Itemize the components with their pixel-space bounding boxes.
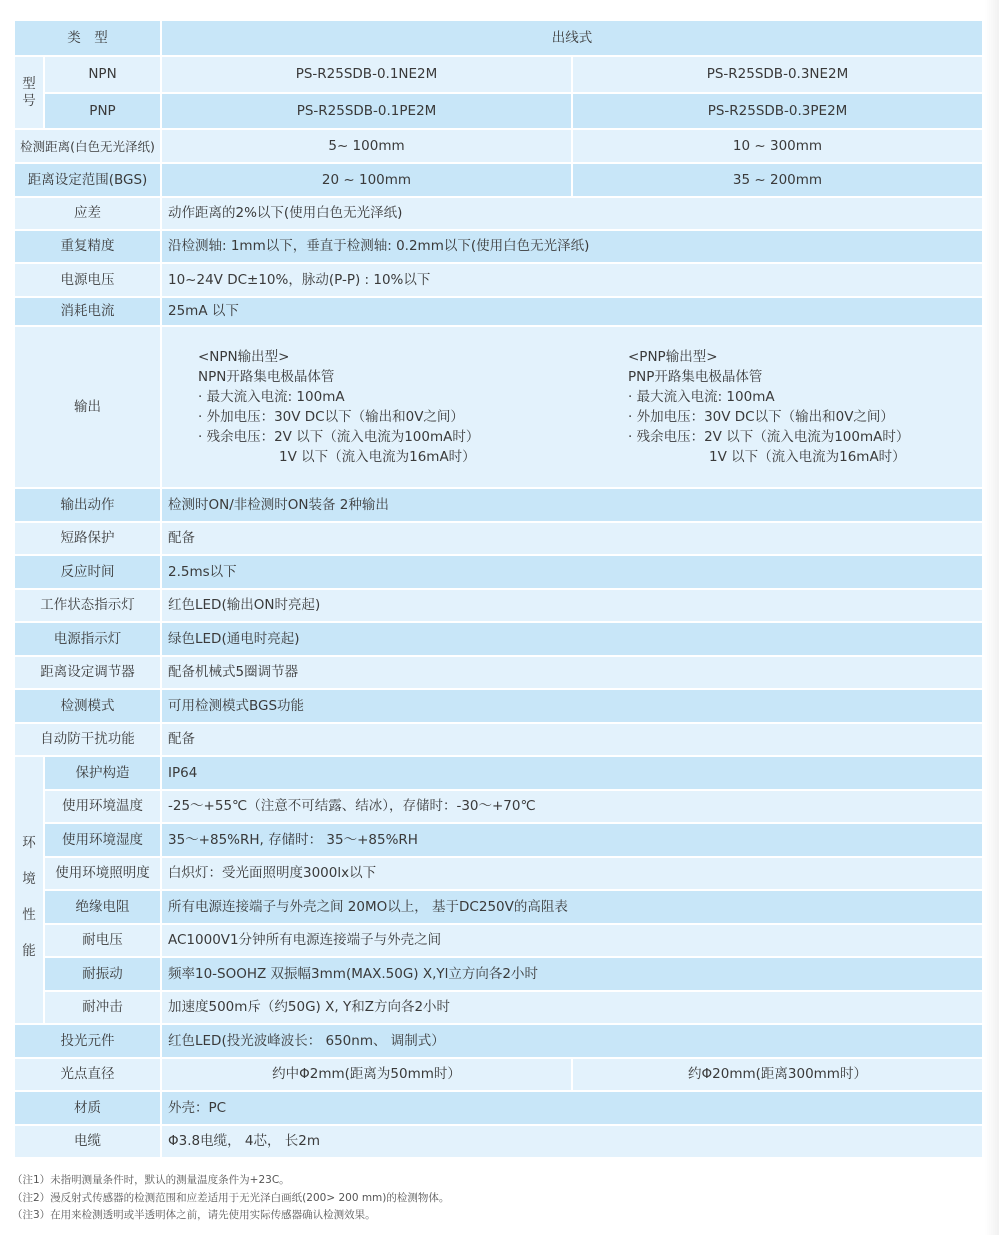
output-label: 输出 — [14, 326, 161, 488]
env-label: 耐电压 — [44, 924, 161, 957]
npn-model-2: PS-R25SDB-0.3NE2M — [572, 56, 983, 93]
env-label: 耐冲击 — [44, 991, 161, 1024]
table-row: 检测距离(白色无光泽纸) 5~ 100mm 10 ~ 300mm — [14, 129, 983, 163]
row-value: 25mA 以下 — [161, 297, 983, 326]
env-label: 使用环境湿度 — [44, 823, 161, 857]
env-row: 使用环境照明度 白炽灯：受光面照明度3000lx以下 — [14, 857, 983, 890]
table-row: 投光元件 红色LED(投光波峰波长： 650nm、 调制式） — [14, 1024, 983, 1058]
table-row: 电源电压 10~24V DC±10%，脉动(P-P) : 10%以下 — [14, 263, 983, 297]
row-label: 电缆 — [14, 1125, 161, 1158]
row-value: 沿检测轴: 1mm以下，垂直于检测轴: 0.2mm以下(使用白色无光泽纸) — [161, 230, 983, 263]
row-value: 红色LED(投光波峰波长： 650nm、 调制式） — [161, 1024, 983, 1058]
spot-row: 光点直径 约中Φ2mm(距离为50mm时） 约Φ20mm(距离300mm时） — [14, 1058, 983, 1091]
pnp-output-spec: <PNP输出型> PNP开路集电极晶体管 · 最大流入电流: 100mA · 外… — [618, 333, 909, 481]
style-label: 出线式 — [161, 20, 983, 56]
row-value-2: 35 ~ 200mm — [572, 163, 983, 197]
env-label: 绝缘电阻 — [44, 890, 161, 924]
row-value: 配备 — [161, 723, 983, 756]
env-value: -25～+55℃（注意不可结露、结冰），存储时：-30～+70℃ — [161, 790, 983, 823]
row-label: 消耗电流 — [14, 297, 161, 326]
table-row: 检测模式 可用检测模式BGS功能 — [14, 689, 983, 723]
row-value: 可用检测模式BGS功能 — [161, 689, 983, 723]
row-value: 外壳：PC — [161, 1091, 983, 1125]
table-row: 距离设定范围(BGS) 20 ~ 100mm 35 ~ 200mm — [14, 163, 983, 197]
table-row: 材质 外壳：PC — [14, 1091, 983, 1125]
row-value-1: 5~ 100mm — [161, 129, 572, 163]
env-row: 使用环境湿度 35～+85%RH, 存储时： 35～+85%RH — [14, 823, 983, 857]
row-value-2: 10 ~ 300mm — [572, 129, 983, 163]
row-label: 重复精度 — [14, 230, 161, 263]
row-value: 2.5ms以下 — [161, 555, 983, 589]
row-label: 投光元件 — [14, 1024, 161, 1058]
row-label: 应差 — [14, 197, 161, 230]
model-pnp-row: PNP PS-R25SDB-0.1PE2M PS-R25SDB-0.3PE2M — [14, 93, 983, 129]
row-label: 自动防干扰功能 — [14, 723, 161, 756]
row-value: Φ3.8电缆， 4芯， 长2m — [161, 1125, 983, 1158]
row-value: 配备机械式5圈调节器 — [161, 656, 983, 689]
row-label: 短路保护 — [14, 522, 161, 555]
model-npn-row: 型 号 NPN PS-R25SDB-0.1NE2M PS-R25SDB-0.3N… — [14, 56, 983, 93]
row-label: 距离设定调节器 — [14, 656, 161, 689]
table-row: 自动防干扰功能 配备 — [14, 723, 983, 756]
env-value: AC1000V1分钟所有电源连接端子与外壳之间 — [161, 924, 983, 957]
row-label: 检测模式 — [14, 689, 161, 723]
env-row: 耐电压 AC1000V1分钟所有电源连接端子与外壳之间 — [14, 924, 983, 957]
footnote: （注1）未指明测量条件时，默认的测量温度条件为+23C。 — [12, 1172, 449, 1190]
table-row: 电缆 Φ3.8电缆， 4芯， 长2m — [14, 1125, 983, 1158]
table-row: 短路保护 配备 — [14, 522, 983, 555]
row-value: 动作距离的2%以下(使用白色无光泽纸) — [161, 197, 983, 230]
header-row: 类 型 出线式 — [14, 20, 983, 56]
env-value: 频率10-SOOHZ 双振幅3mm(MAX.50G) X,Yl立方向各2小时 — [161, 957, 983, 991]
env-row: 耐振动 频率10-SOOHZ 双振幅3mm(MAX.50G) X,Yl立方向各2… — [14, 957, 983, 991]
footnote: （注2）漫反射式传感器的检测范围和应差适用于无光泽白画纸(200> 200 mm… — [12, 1190, 449, 1208]
row-label: 检测距离(白色无光泽纸) — [14, 129, 161, 163]
output-row: 输出 <NPN输出型> NPN开路集电极晶体管 · 最大流入电流: 100mA … — [14, 326, 983, 488]
type-label: 类 型 — [14, 20, 161, 56]
env-label: 保护构造 — [44, 756, 161, 790]
table-row: 工作状态指示灯 红色LED(输出ON时亮起) — [14, 589, 983, 622]
env-value: 所有电源连接端子与外壳之间 20MO以上， 基于DC250V的高阻表 — [161, 890, 983, 924]
env-label: 耐振动 — [44, 957, 161, 991]
footnotes: （注1）未指明测量条件时，默认的测量温度条件为+23C。 （注2）漫反射式传感器… — [12, 1172, 449, 1225]
model-group-label: 型 号 — [14, 56, 44, 129]
environment-group-label: 环 境 性 能 — [14, 756, 44, 1024]
row-value: 配备 — [161, 522, 983, 555]
table-row: 重复精度 沿检测轴: 1mm以下，垂直于检测轴: 0.2mm以下(使用白色无光泽… — [14, 230, 983, 263]
row-value-1: 20 ~ 100mm — [161, 163, 572, 197]
env-value: IP64 — [161, 756, 983, 790]
npn-output-spec: <NPN输出型> NPN开路集电极晶体管 · 最大流入电流: 100mA · 外… — [162, 333, 618, 481]
row-label: 电源指示灯 — [14, 622, 161, 656]
table-row: 距离设定调节器 配备机械式5圈调节器 — [14, 656, 983, 689]
row-label: 工作状态指示灯 — [14, 589, 161, 622]
table-row: 消耗电流 25mA 以下 — [14, 297, 983, 326]
pnp-label: PNP — [44, 93, 161, 129]
env-value: 35～+85%RH, 存储时： 35～+85%RH — [161, 823, 983, 857]
env-label: 使用环境照明度 — [44, 857, 161, 890]
row-label: 输出动作 — [14, 488, 161, 522]
page-edge-shadow — [985, 0, 999, 1235]
env-row: 绝缘电阻 所有电源连接端子与外壳之间 20MO以上， 基于DC250V的高阻表 — [14, 890, 983, 924]
table-row: 电源指示灯 绿色LED(通电时亮起) — [14, 622, 983, 656]
npn-model-1: PS-R25SDB-0.1NE2M — [161, 56, 572, 93]
env-row: 环 境 性 能 保护构造 IP64 — [14, 756, 983, 790]
env-row: 使用环境温度 -25～+55℃（注意不可结露、结冰），存储时：-30～+70℃ — [14, 790, 983, 823]
table-row: 输出动作 检测时ON/非检测时ON装备 2种输出 — [14, 488, 983, 522]
row-value: 绿色LED(通电时亮起) — [161, 622, 983, 656]
row-value-1: 约中Φ2mm(距离为50mm时） — [161, 1058, 572, 1091]
env-value: 加速度500m斥（约50G) X, Y和Z方向各2小时 — [161, 991, 983, 1024]
row-label: 材质 — [14, 1091, 161, 1125]
spec-table: 类 型 出线式 型 号 NPN PS-R25SDB-0.1NE2M PS-R25… — [13, 19, 984, 1159]
env-value: 白炽灯：受光面照明度3000lx以下 — [161, 857, 983, 890]
row-value: 10~24V DC±10%，脉动(P-P) : 10%以下 — [161, 263, 983, 297]
npn-label: NPN — [44, 56, 161, 93]
pnp-model-2: PS-R25SDB-0.3PE2M — [572, 93, 983, 129]
env-label: 使用环境温度 — [44, 790, 161, 823]
row-value: 红色LED(输出ON时亮起) — [161, 589, 983, 622]
row-value: 检测时ON/非检测时ON装备 2种输出 — [161, 488, 983, 522]
row-label: 光点直径 — [14, 1058, 161, 1091]
env-row: 耐冲击 加速度500m斥（约50G) X, Y和Z方向各2小时 — [14, 991, 983, 1024]
row-label: 电源电压 — [14, 263, 161, 297]
table-row: 反应时间 2.5ms以下 — [14, 555, 983, 589]
row-value-2: 约Φ20mm(距离300mm时） — [572, 1058, 983, 1091]
row-label: 反应时间 — [14, 555, 161, 589]
table-row: 应差 动作距离的2%以下(使用白色无光泽纸) — [14, 197, 983, 230]
row-label: 距离设定范围(BGS) — [14, 163, 161, 197]
pnp-model-1: PS-R25SDB-0.1PE2M — [161, 93, 572, 129]
footnote: （注3）在用来检测透明或半透明体之前，请先使用实际传感器确认检测效果。 — [12, 1207, 449, 1225]
